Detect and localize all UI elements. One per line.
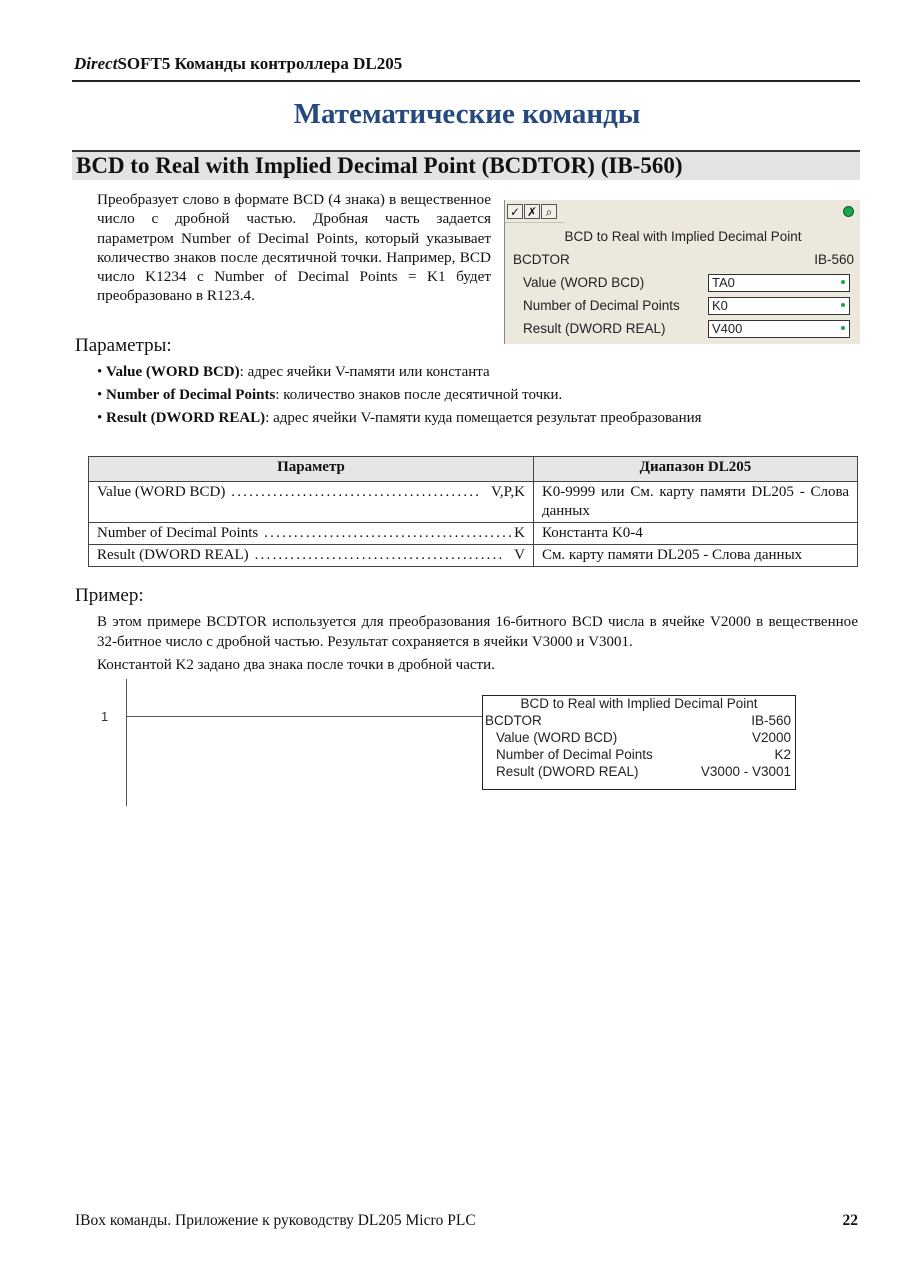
param-name: Result (DWORD REAL) — [97, 546, 249, 565]
table-row: Number of Decimal Points ...............… — [89, 523, 858, 545]
decimal-points-field-label: Number of Decimal Points — [523, 298, 680, 313]
ibox-row-value: V3000 - V3001 — [701, 764, 791, 779]
toolbar-divider — [505, 222, 565, 223]
ibox-row-value: V2000 — [752, 730, 791, 745]
page-number: 22 — [843, 1212, 859, 1230]
param-term: Value (WORD BCD) — [106, 364, 240, 380]
status-led-icon — [843, 206, 854, 217]
ladder-power-rail — [126, 679, 127, 806]
example-heading: Пример: — [75, 585, 144, 607]
result-field-label: Result (DWORD REAL) — [523, 321, 666, 336]
param-name: Number of Decimal Points — [97, 524, 258, 543]
param-types: V,P,K — [491, 483, 525, 502]
param-name: Value (WORD BCD) — [97, 483, 225, 502]
footer-text: IBox команды. Приложение к руководству D… — [75, 1212, 476, 1230]
range-cell: K0-9999 или См. карту памяти DL205 - Сло… — [533, 482, 857, 523]
header-rule — [72, 80, 860, 82]
parameter-table: Параметр Диапазон DL205 Value (WORD BCD)… — [88, 456, 858, 567]
value-field[interactable]: TA0 — [708, 274, 850, 292]
decimal-points-field-text: K0 — [712, 298, 728, 313]
rung-number: 1 — [101, 709, 108, 724]
table-row: Value (WORD BCD) .......................… — [89, 482, 858, 523]
section-title: BCD to Real with Implied Decimal Point (… — [76, 153, 683, 179]
ibox-dialog: ✓ ✗ ⌕ BCD to Real with Implied Decimal P… — [504, 200, 860, 344]
chapter-title: Математические команды — [0, 98, 900, 131]
param-cell: Value (WORD BCD) .......................… — [89, 482, 534, 523]
ibox-row-label: Result (DWORD REAL) — [496, 764, 639, 779]
find-icon[interactable]: ⌕ — [541, 204, 557, 219]
ibox-row-label: Value (WORD BCD) — [496, 730, 617, 745]
range-cell: См. карту памяти DL205 - Слова данных — [533, 545, 857, 567]
field-marker-icon — [841, 326, 845, 330]
table-header-row: Параметр Диапазон DL205 — [89, 457, 858, 482]
param-desc: количество знаков после десятичной точки… — [283, 387, 562, 403]
ladder-ibox[interactable]: BCD to Real with Implied Decimal Point B… — [482, 695, 796, 790]
param-bullet-result: • Result (DWORD REAL): адрес ячейки V-па… — [97, 410, 702, 427]
param-bullet-decimal-points: • Number of Decimal Points: количество з… — [97, 387, 562, 404]
dialog-instruction-name: BCDTOR — [513, 252, 570, 267]
param-desc: адрес ячейки V-памяти или константа — [248, 364, 490, 380]
result-field[interactable]: V400 — [708, 320, 850, 338]
param-bullet-value: • Value (WORD BCD): адрес ячейки V-памят… — [97, 364, 490, 381]
cancel-x-icon[interactable]: ✗ — [524, 204, 540, 219]
example-paragraph: Константой K2 задано два знака после точ… — [97, 656, 858, 676]
param-types: K — [514, 524, 525, 543]
param-sep: : — [265, 410, 273, 426]
field-marker-icon — [841, 280, 845, 284]
param-sep: : — [240, 364, 248, 380]
table-row: Result (DWORD REAL) ....................… — [89, 545, 858, 567]
ibox-row-label: Number of Decimal Points — [496, 747, 653, 762]
result-field-text: V400 — [712, 321, 742, 336]
brand-rest: SOFT5 Команды контроллера DL205 — [117, 54, 402, 73]
range-cell: Константа K0-4 — [533, 523, 857, 545]
ibox-row-value: K2 — [774, 747, 791, 762]
dialog-toolbar: ✓ ✗ ⌕ — [507, 204, 557, 219]
decimal-points-field[interactable]: K0 — [708, 297, 850, 315]
column-header-range: Диапазон DL205 — [533, 457, 857, 482]
value-field-label: Value (WORD BCD) — [523, 275, 644, 290]
ok-check-icon[interactable]: ✓ — [507, 204, 523, 219]
params-heading: Параметры: — [75, 335, 172, 357]
param-cell: Result (DWORD REAL) ....................… — [89, 545, 534, 567]
column-header-parameter: Параметр — [89, 457, 534, 482]
dialog-instruction-code: IB-560 — [814, 252, 854, 267]
field-marker-icon — [841, 303, 845, 307]
dialog-title: BCD to Real with Implied Decimal Point — [505, 229, 861, 244]
param-term: Result (DWORD REAL) — [106, 410, 265, 426]
ladder-rung-line — [127, 716, 483, 717]
param-types: V — [514, 546, 525, 565]
ibox-instruction: BCDTOR — [485, 713, 542, 728]
param-cell: Number of Decimal Points ...............… — [89, 523, 534, 545]
example-paragraph: В этом примере BCDTOR используется для п… — [97, 613, 858, 652]
ibox-code: IB-560 — [751, 713, 791, 728]
param-term: Number of Decimal Points — [106, 387, 275, 403]
intro-paragraph: Преобразует слово в формате BCD (4 знака… — [97, 190, 491, 306]
brand-italic: Direct — [74, 54, 117, 73]
running-header: DirectSOFT5 Команды контроллера DL205 — [74, 54, 402, 74]
param-desc: адрес ячейки V-памяти куда помещается ре… — [273, 410, 701, 426]
value-field-text: TA0 — [712, 275, 735, 290]
ibox-title: BCD to Real with Implied Decimal Point — [483, 696, 795, 711]
